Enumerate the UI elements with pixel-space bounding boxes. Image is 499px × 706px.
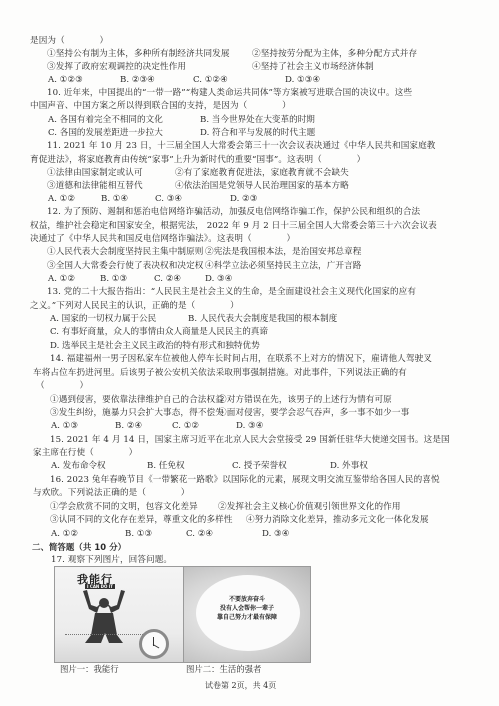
- q14-item-3: ③发生纠纷，施暴力只会扩大事态，得不偿失: [50, 408, 224, 419]
- q12-option-c: C. ②④: [154, 274, 181, 285]
- q11-option-c: C. ③④: [155, 194, 182, 205]
- q9-option-a: A. ①②③: [48, 75, 83, 86]
- q9-stem-tail: 是因为（ ）: [30, 36, 108, 47]
- section-title: 二、简答题（共 10 分）: [32, 542, 126, 553]
- q12-item-1: ①人民代表大会制度坚持民主集中制原则: [47, 247, 204, 258]
- page-footer: 试卷第 2页，共 4页: [205, 680, 276, 691]
- q16-option-b: B. ①③: [125, 529, 152, 540]
- q15-option-b: B. 任免权: [147, 461, 185, 472]
- q9-item-4: ④坚持了社会主义市场经济体制: [252, 62, 374, 73]
- q9-item-3: ③发挥了政府宏观调控的决定性作用: [47, 62, 186, 73]
- q12-item-3: ③全国人大常委会行使了表决权和决定权: [47, 261, 204, 272]
- q9-option-d: D. ①③④: [285, 75, 320, 86]
- q15-stem-line2: 家主席在行使（ ）: [33, 448, 137, 459]
- bubble-line-3: 靠自己努力才最有保障: [184, 613, 310, 622]
- image-i-can-do-it: 我能行 I CAN DO IT: [54, 566, 184, 663]
- q13-stem-line2: 之义。”下列对人民民主的认识，正确的是（ ）: [30, 301, 239, 312]
- q11-option-a: A. ①②: [48, 194, 75, 205]
- q14-item-2: ②对方错误在先，该男子的上述行为情有可原: [218, 395, 392, 406]
- q11-item-2: ②有了家庭教育促进法，家庭教育就不会缺失: [175, 168, 349, 179]
- q9-item-1: ①坚持公有制为主体，多种所有制经济共同发展: [47, 49, 230, 60]
- q12-item-2: ②宪法是我国根本法，是治国安邦总章程: [205, 247, 362, 258]
- q10-option-c: C. 各国的发展差距进一步拉大: [48, 128, 163, 139]
- q16-option-d: D. ③④: [262, 529, 289, 540]
- q16-item-1: ①学会欣赏不同的文明，包容文化差异: [50, 502, 198, 513]
- q12-option-a: A. ①②: [48, 274, 75, 285]
- image1-caption: 图片一：我能行: [60, 664, 119, 675]
- q9-option-c: C. ①②④: [193, 75, 228, 86]
- q11-stem-line1: 11. 2021 年 10 月 23 日，十三届全国人大常委会第三十一次会议表决…: [47, 141, 435, 152]
- image-life-strong: 不要放弃奋斗 没有人会帮你一辈子 靠自己努力才最有保障: [183, 566, 311, 663]
- q14-option-a: A. ①③: [51, 421, 78, 432]
- bubble-text: 不要放弃奋斗 没有人会帮你一辈子 靠自己努力才最有保障: [184, 595, 310, 622]
- q12-option-b: B. ①③: [100, 274, 127, 285]
- q12-stem-line2: 权益，维护社会稳定和国家安全，根据宪法， 2022 年 9 月 2 日十三届全国…: [30, 221, 437, 232]
- q14-item-1: ①遇到侵害，要依靠法律维护自己的合法权益: [50, 395, 224, 406]
- q14-option-b: B. ②④: [115, 421, 142, 432]
- clock-icon: [139, 629, 169, 659]
- q14-option-d: D. ③④: [236, 421, 263, 432]
- q16-stem-line1: 16. 2023 兔年春晚节目《一带繁花一路歌》以国际化的元素，展现文明交流互鉴…: [50, 475, 440, 486]
- q13-stem-line1: 13. 党的二十大报告指出：“人民民主是社会主义的生命，是全面建设社会主义现代化…: [47, 287, 416, 298]
- q13-option-a: A. 国家的一切权力属于公民: [50, 314, 156, 325]
- q16-option-a: A. ①②: [51, 529, 78, 540]
- q16-stem-line2: 与欢欣。下列说法正确的是（ ）: [33, 488, 190, 499]
- q12-option-d: D. ③④: [205, 274, 232, 285]
- bubble-line-1: 不要放弃奋斗: [184, 595, 310, 604]
- q12-stem-line3: 决通过了《中华人民共和国反电信网络诈骗法》。这表明（ ）: [30, 234, 295, 245]
- q10-option-b: B. 当今世界处在大变革的时期: [200, 115, 315, 126]
- q13-option-d: D. 选举民主是社会主义民主政治的特有形式和独特优势: [50, 341, 260, 352]
- q14-option-c: C. ①②: [172, 421, 199, 432]
- q14-stem-line2: 车将占位车扔进河里。后该男子被公安机关依法采取刑事强制措施。对此事件，下列说法正…: [33, 368, 407, 379]
- q15-option-a: A. 发布命令权: [51, 461, 106, 472]
- bubble-line-2: 没有人会帮你一辈子: [184, 604, 310, 613]
- q15-option-d: D. 外事权: [330, 461, 368, 472]
- q11-stem-line2: 育促进法》，将家庭教育由传统“家事”上升为新时代的重要“国事”。这表明（ ）: [30, 155, 365, 166]
- q10-stem-line2: 中国声音、中国方案之所以得到联合国的支持，是因为（ ）: [30, 101, 291, 112]
- image2-caption: 图片二：生活的强者: [186, 664, 261, 675]
- q14-stem-line3: （ ）: [36, 381, 88, 392]
- q10-stem-line1: 10. 近年来，中国提出的“一带一路”“构建人类命运共同体”等方案被写进联合国的…: [47, 88, 412, 99]
- q16-item-2: ②发挥社会主义核心价值观引领世界文化的作用: [218, 502, 401, 513]
- q16-item-4: ④努力消除文化差异，推动多元文化一体化发展: [246, 515, 429, 526]
- q11-item-3: ③道德和法律能相互替代: [47, 181, 143, 192]
- q16-item-3: ③认同不同的文化存在差异，尊重文化的多样性: [50, 515, 233, 526]
- q13-option-c: C. 有事好商量，众人的事情由众人商量是人民民主的真谛: [50, 327, 268, 338]
- q13-option-b: B. 人民代表大会制度是我国的根本制度: [188, 314, 337, 325]
- q9-option-b: B. ②③④: [120, 75, 155, 86]
- q11-option-d: D. ②③: [230, 194, 257, 205]
- q14-stem-line1: 14. 福建福州一男子因私家车位被他人停车长时间占用，在联系不上对方的情况下，雇…: [50, 354, 432, 365]
- q11-item-4: ④依法治国是党领导人民治理国家的基本方略: [175, 181, 349, 192]
- q16-option-c: C. ②④: [186, 529, 213, 540]
- q15-option-c: C. 授予荣誉权: [232, 461, 287, 472]
- q10-option-a: A. 各国有着完全不相同的文化: [48, 115, 163, 126]
- q17-stem: 17. 观察下列图片，回答问题。: [51, 555, 172, 566]
- q12-item-4: ④科学立法必须坚持民主立法，广开言路: [205, 261, 362, 272]
- q12-stem-line1: 12. 为了预防、遏制和惩治电信网络诈骗活动，加强反电信网络诈骗工作，保护公民和…: [47, 207, 420, 218]
- q9-item-2: ②坚持按劳分配为主体，多种分配方式并存: [252, 49, 417, 60]
- q14-item-4: ④面对侵害，要学会忍气吞声，多一事不如少一事: [218, 408, 409, 419]
- exam-page: 是因为（ ） ①坚持公有制为主体，多种所有制经济共同发展 ②坚持按劳分配为主体，…: [0, 0, 499, 706]
- q15-stem-line1: 15. 2021 年 4 月 14 日，国家主席习近平在北京人民大会堂接受 29…: [50, 435, 450, 446]
- q11-option-b: B. ①④: [101, 194, 128, 205]
- q10-option-d: D. 符合和平与发展的时代主题: [200, 128, 315, 139]
- q11-item-1: ①法律由国家制定或认可: [47, 168, 143, 179]
